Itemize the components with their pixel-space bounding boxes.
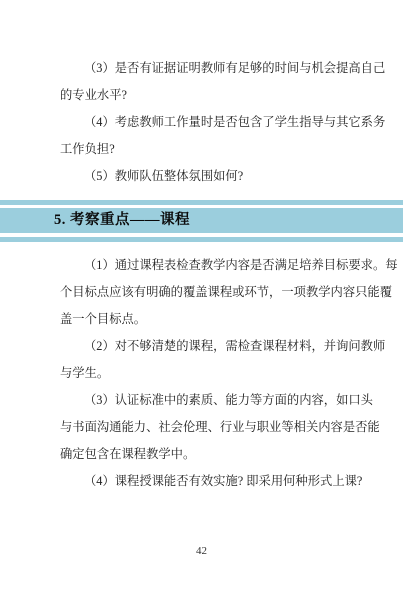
paragraph-line: （2）对不够清楚的课程，需检查课程材料，并询问教师: [60, 333, 394, 360]
paragraph-line: 盖一个目标点。: [60, 306, 394, 333]
paragraph-line: 个目标点应该有明确的覆盖课程或环节，一项教学内容只能覆: [60, 279, 394, 306]
paragraph: （1）通过课程表检查教学内容是否满足培养目标要求。每 个目标点应该有明确的覆盖课…: [60, 252, 394, 333]
paragraph-line: 的专业水平?: [60, 82, 394, 109]
paragraph-line: 确定包含在课程教学中。: [60, 441, 394, 468]
paragraph-line: （5）教师队伍整体氛围如何?: [60, 163, 394, 190]
band-stripe-bottom: [0, 237, 403, 242]
paragraph-line: （1）通过课程表检查教学内容是否满足培养目标要求。每: [60, 252, 394, 279]
paragraph-line: （4）考虑教师工作量时是否包含了学生指导与其它系务: [60, 109, 394, 136]
section-header-band: 5. 考察重点——课程: [0, 200, 403, 242]
faculty-questions: （3）是否有证据证明教师有足够的时间与机会提高自己 的专业水平? （4）考虑教师…: [60, 55, 394, 190]
section-header-title: 5. 考察重点——课程: [0, 208, 403, 233]
paragraph: （2）对不够清楚的课程，需检查课程材料，并询问教师 与学生。: [60, 333, 394, 387]
document-page: （3）是否有证据证明教师有足够的时间与机会提高自己 的专业水平? （4）考虑教师…: [0, 0, 403, 604]
paragraph-line: 与学生。: [60, 360, 394, 387]
paragraph-line: 与书面沟通能力、社会伦理、行业与职业等相关内容是否能: [60, 414, 394, 441]
paragraph-line: （4）课程授课能否有效实施? 即采用何种形式上课?: [60, 468, 394, 495]
paragraph: （5）教师队伍整体氛围如何?: [60, 163, 394, 190]
paragraph: （3）认证标准中的素质、能力等方面的内容，如口头 与书面沟通能力、社会伦理、行业…: [60, 387, 394, 468]
paragraph-line: 工作负担?: [60, 136, 394, 163]
page-number: 42: [0, 545, 403, 557]
paragraph: （4）课程授课能否有效实施? 即采用何种形式上课?: [60, 468, 394, 495]
band-main: 5. 考察重点——课程: [0, 208, 403, 233]
paragraph-line: （3）认证标准中的素质、能力等方面的内容，如口头: [60, 387, 394, 414]
paragraph: （3）是否有证据证明教师有足够的时间与机会提高自己 的专业水平?: [60, 55, 394, 109]
paragraph: （4）考虑教师工作量时是否包含了学生指导与其它系务 工作负担?: [60, 109, 394, 163]
paragraph-line: （3）是否有证据证明教师有足够的时间与机会提高自己: [60, 55, 394, 82]
curriculum-notes: （1）通过课程表检查教学内容是否满足培养目标要求。每 个目标点应该有明确的覆盖课…: [60, 252, 394, 495]
